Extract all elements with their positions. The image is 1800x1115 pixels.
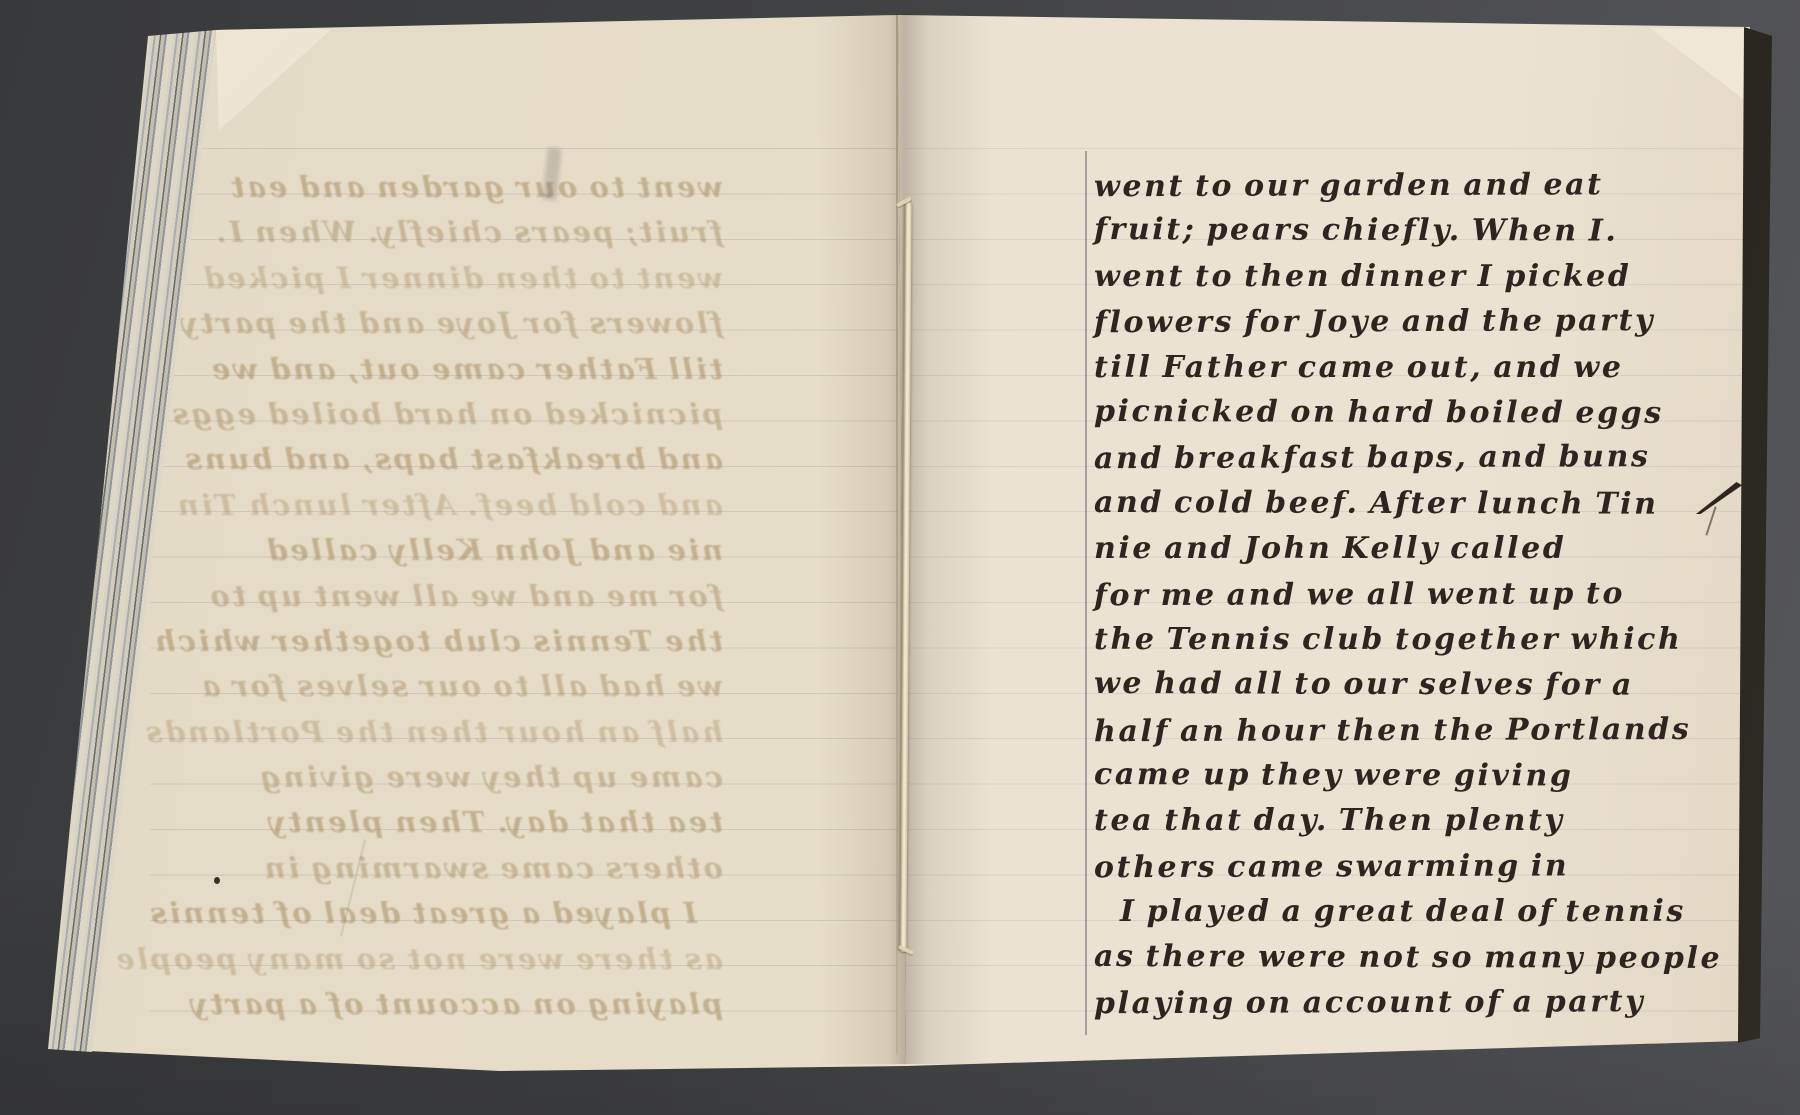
- handwritten-line: till Father came out, and we: [1094, 345, 1750, 390]
- bleedthrough-line: as there were not so many people: [118, 937, 723, 982]
- bleedthrough-line: went to then dinner I picked: [118, 256, 723, 301]
- notebook: went to our garden and eatfruit; pears c…: [0, 0, 1800, 1115]
- handwritten-line: for me and we all went up to: [1094, 570, 1750, 618]
- handwritten-line: others came swarming in: [1094, 843, 1750, 891]
- handwritten-line: went to our garden and eat: [1094, 162, 1750, 210]
- bleedthrough-line: and cold beef. After lunch Tin: [118, 483, 723, 528]
- ink-speck: [214, 877, 220, 884]
- handwritten-line: the Tennis club together which: [1094, 617, 1750, 662]
- bleedthrough-line: I played a great deal of tennis: [118, 891, 723, 936]
- pen-flourish-mark: [1696, 480, 1746, 536]
- bleedthrough-line: tea that day. Then plenty: [118, 800, 723, 845]
- bleedthrough-line: picnicked on hard boiled eggs: [118, 392, 723, 437]
- handwritten-line: I played a great deal of tennis: [1094, 889, 1750, 934]
- photograph-of-open-diary: went to our garden and eatfruit; pears c…: [0, 0, 1800, 1115]
- handwritten-line: and breakfast baps, and buns: [1094, 434, 1750, 482]
- bleedthrough-line: half an hour then the Portlands: [118, 710, 723, 755]
- handwritten-line: came up they were giving: [1094, 752, 1750, 799]
- bleedthrough-line: playing on account of a party: [118, 982, 723, 1027]
- handwritten-line: picnicked on hard boiled eggs: [1094, 389, 1750, 436]
- handwritten-line: went to then dinner I picked: [1094, 254, 1750, 299]
- margin-rule-line: [1085, 151, 1087, 1035]
- bleedthrough-line: we had all to our selves for a: [118, 664, 723, 709]
- pen-stroke: [1696, 482, 1742, 514]
- bleedthrough-line: till Father came out, and we: [118, 347, 723, 392]
- bleedthrough-line: others came swarming in: [118, 846, 723, 891]
- bleedthrough-line: and breakfast baps, and buns: [118, 437, 723, 482]
- handwritten-line: playing on account of a party: [1094, 979, 1750, 1027]
- handwritten-line: as there were not so many people: [1094, 934, 1750, 981]
- handwritten-line: flowers for Joye and the party: [1094, 298, 1750, 346]
- handwritten-line: we had all to our selves for a: [1094, 661, 1750, 708]
- bleedthrough-line: nie and John Kelly called: [118, 528, 723, 573]
- bleedthrough-line: went to our garden and eat: [118, 165, 723, 210]
- pen-hairline: [1705, 506, 1716, 535]
- bleedthrough-text: went to our garden and eatfruit; pears c…: [118, 165, 723, 1027]
- handwritten-line: tea that day. Then plenty: [1094, 798, 1750, 843]
- bleedthrough-line: for me and we all went up to: [118, 574, 723, 619]
- bleedthrough-line: the Tennis club together which: [118, 619, 723, 664]
- bleedthrough-line: came up they were giving: [118, 755, 723, 800]
- handwritten-line: half an hour then the Portlands: [1094, 706, 1750, 754]
- handwritten-line: fruit; pears chiefly. When I.: [1094, 207, 1750, 254]
- gutter-crease: [896, 15, 898, 1055]
- bleedthrough-line: fruit; pears chiefly. When I.: [118, 210, 723, 255]
- bleedthrough-line: flowers for Joye and the party: [118, 301, 723, 346]
- handwriting-text: went to our garden and eatfruit; pears c…: [1094, 163, 1750, 1025]
- handwritten-line: and cold beef. After lunch Tin: [1094, 480, 1750, 527]
- handwritten-line: nie and John Kelly called: [1094, 526, 1750, 571]
